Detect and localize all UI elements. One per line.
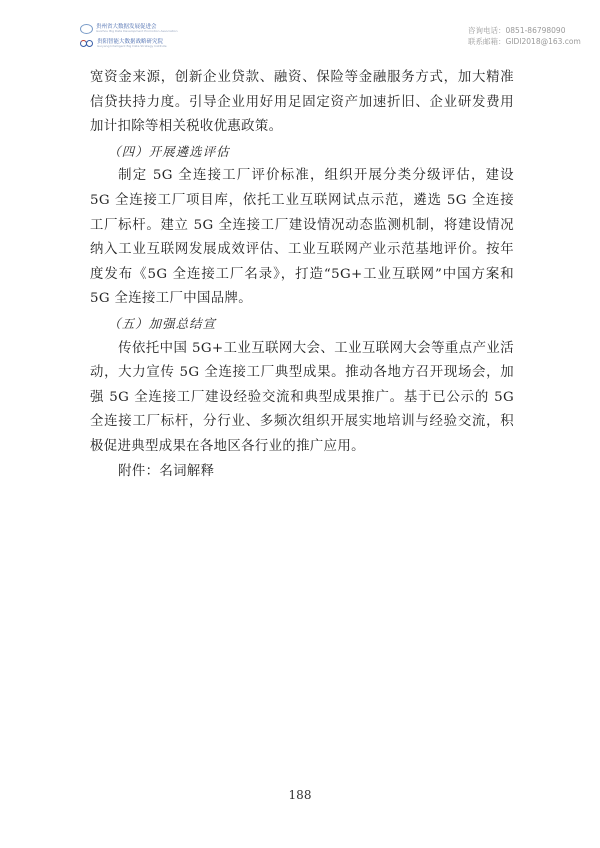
attachment-note: 附件：名词解释 xyxy=(90,460,514,485)
page-header: 贵州省大数据发展促进会 Guizhou Big Data Development… xyxy=(0,22,600,52)
paragraph-selection-evaluation: 制定 5G 全连接工厂评价标准，组织开展分类分级评估，建设 5G 全连接工厂项目… xyxy=(90,164,514,312)
contact-info: 咨询电话：0851-86798090 联系邮箱：GIDI2018@163.com xyxy=(468,25,581,47)
section-heading-5: （五）加强总结宣 xyxy=(90,312,514,337)
phone-line: 咨询电话：0851-86798090 xyxy=(468,25,581,36)
gidi-logo-icon xyxy=(80,39,94,49)
page-number: 188 xyxy=(0,788,600,802)
paragraph-promotion: 传依托中国 5G+工业互联网大会、工业互联网大会等重点产业活动，大力宣传 5G … xyxy=(90,337,514,460)
phone-label: 咨询电话： xyxy=(468,26,506,35)
gbda-logo-icon xyxy=(80,24,93,34)
section-heading-4: （四）开展遴选评估 xyxy=(90,140,514,165)
logo-row-association: 贵州省大数据发展促进会 Guizhou Big Data Development… xyxy=(80,22,190,35)
phone-number: 0851-86798090 xyxy=(506,26,566,35)
logo-block: 贵州省大数据发展促进会 Guizhou Big Data Development… xyxy=(80,22,190,52)
email-line: 联系邮箱：GIDI2018@163.com xyxy=(468,36,581,47)
email-label: 联系邮箱： xyxy=(468,37,506,46)
document-body: 宽资金来源，创新企业贷款、融资、保险等金融服务方式，加大精准信贷扶持力度。引导企… xyxy=(90,66,514,484)
association-subtitle: Guizhou Big Data Development Promotion A… xyxy=(96,30,178,33)
email-address: GIDI2018@163.com xyxy=(506,37,581,46)
institute-subtitle: Guiyang Intelligent Big Data Strategy In… xyxy=(97,45,167,48)
paragraph-financing: 宽资金来源，创新企业贷款、融资、保险等金融服务方式，加大精准信贷扶持力度。引导企… xyxy=(90,66,514,140)
logo-row-institute: 贵阳智能大数据战略研究院 Guiyang Intelligent Big Dat… xyxy=(80,37,190,50)
